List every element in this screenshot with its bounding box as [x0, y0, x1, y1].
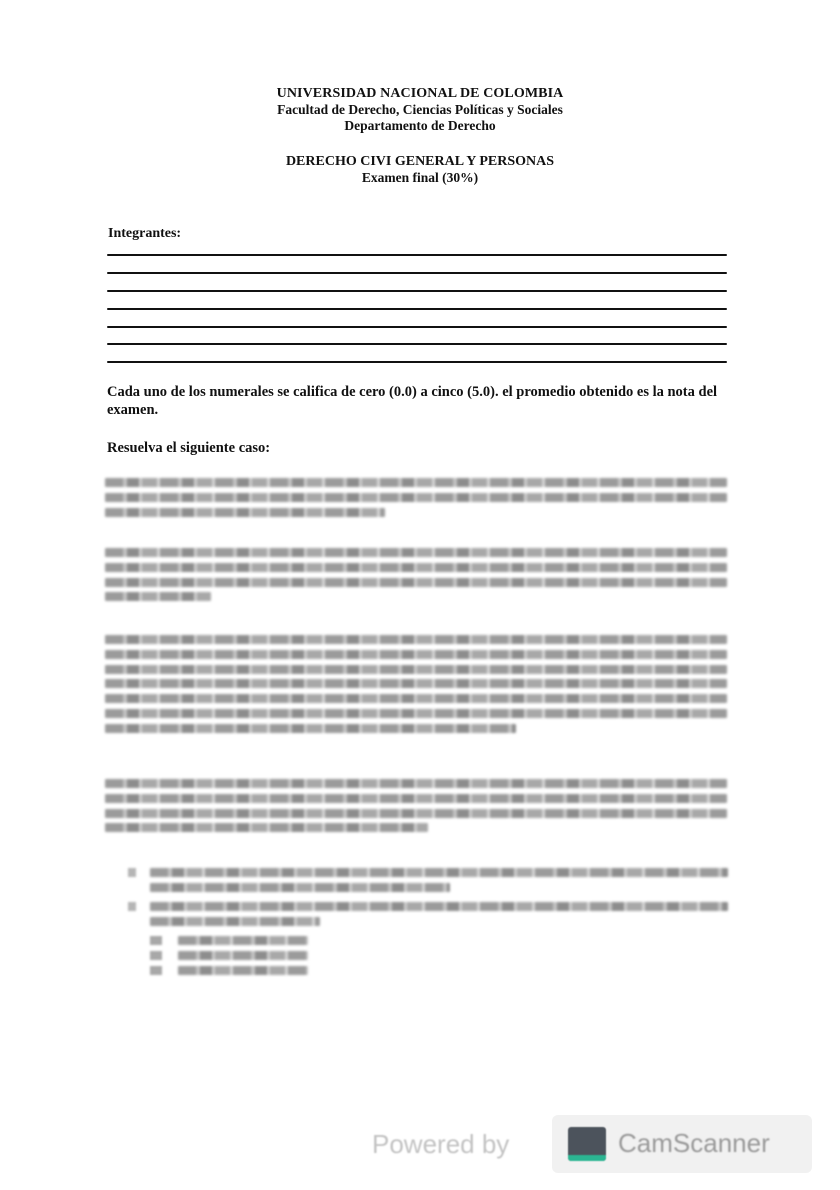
- department-name: Departamento de Derecho: [0, 118, 840, 134]
- members-label: Integrantes:: [108, 226, 181, 242]
- case-paragraph-1: [105, 478, 727, 522]
- brand-name: CamScanner: [618, 1128, 770, 1159]
- blurred-text-line: [105, 548, 727, 557]
- blurred-text-line: [105, 665, 727, 674]
- member-name-line: [107, 343, 727, 345]
- blurred-text-line: [105, 493, 727, 502]
- blurred-subitem-line: [178, 951, 308, 960]
- member-name-line: [107, 361, 727, 363]
- blurred-subitem-line: [178, 966, 308, 975]
- powered-by-text: Powered by: [372, 1129, 509, 1160]
- member-name-line: [107, 290, 727, 292]
- blurred-text-line: [105, 592, 211, 601]
- blurred-text-line: [105, 508, 385, 517]
- subitem-number: [150, 966, 162, 975]
- faculty-name: Facultad de Derecho, Ciencias Políticas …: [0, 102, 840, 118]
- camscanner-watermark: Powered by CamScanner: [372, 1115, 812, 1173]
- blurred-text-line: [105, 724, 516, 733]
- camscanner-logo-icon: [568, 1127, 606, 1161]
- member-name-line: [107, 254, 727, 256]
- member-name-line: [107, 308, 727, 310]
- blurred-question-line: [150, 868, 728, 877]
- blurred-question-line: [150, 883, 450, 892]
- case-paragraph-3: [105, 635, 727, 739]
- member-blank-lines: [107, 254, 727, 379]
- blurred-text-line: [105, 823, 428, 832]
- question-number: [128, 902, 136, 911]
- document-header: UNIVERSIDAD NACIONAL DE COLOMBIA Faculta…: [0, 86, 840, 186]
- blurred-question-line: [150, 917, 320, 926]
- blurred-text-line: [105, 809, 727, 818]
- member-name-line: [107, 326, 727, 328]
- subitem-number: [150, 936, 162, 945]
- member-name-line: [107, 272, 727, 274]
- blurred-subitem-line: [178, 936, 308, 945]
- question-number: [128, 868, 136, 877]
- camscanner-badge: CamScanner: [552, 1115, 812, 1173]
- blurred-text-line: [105, 679, 727, 688]
- university-name: UNIVERSIDAD NACIONAL DE COLOMBIA: [0, 86, 840, 102]
- case-paragraph-2: [105, 548, 727, 607]
- course-title: DERECHO CIVI GENERAL Y PERSONAS: [0, 154, 840, 170]
- blurred-text-line: [105, 779, 727, 788]
- blurred-text-line: [105, 635, 727, 644]
- blurred-question-line: [150, 902, 728, 911]
- blurred-text-line: [105, 709, 727, 718]
- case-paragraph-4: [105, 779, 727, 838]
- blurred-text-line: [105, 650, 727, 659]
- blurred-text-line: [105, 578, 727, 587]
- blurred-text-line: [105, 694, 727, 703]
- blurred-text-line: [105, 563, 727, 572]
- subitem-number: [150, 951, 162, 960]
- exam-title: Examen final (30%): [0, 170, 840, 186]
- grading-instructions: Cada uno de los numerales se califica de…: [107, 383, 732, 419]
- case-heading: Resuelva el siguiente caso:: [107, 440, 270, 457]
- blurred-text-line: [105, 794, 727, 803]
- blurred-text-line: [105, 478, 727, 487]
